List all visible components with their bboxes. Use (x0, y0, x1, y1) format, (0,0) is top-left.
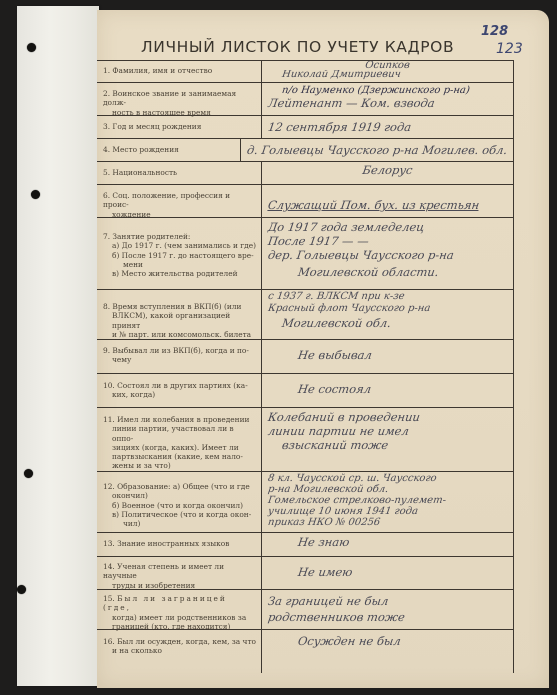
answer-cell: Не выбывал (262, 340, 513, 373)
question-cell: 14. Ученая степень и имеет ли научные тр… (97, 557, 262, 589)
question-text: Национальность (112, 168, 177, 177)
question-text: Знание иностранных языков (117, 539, 229, 548)
question-cell: 15. Был ли заграницей (где, когда) имеет… (97, 590, 262, 629)
question-cell: 2. Воинское звание и занимаемая долж- но… (97, 83, 262, 115)
answer-text: 8 кл. Чаусской ср. ш. Чаусского (267, 473, 508, 484)
question-text: труды и изобретения (103, 581, 257, 590)
answer-text: взысканий тоже (267, 438, 508, 452)
question-text: ких, когда) (103, 390, 257, 399)
binding-strip (17, 6, 99, 686)
answer-cell: Не состоял (262, 374, 513, 407)
answer-cell: п/о Науменко (Дзержинского р-на) Лейтена… (262, 83, 513, 115)
answer-text: дер. Голыевцы Чаусского р-на (267, 248, 508, 263)
question-text: Фамилия, имя и отчество (112, 66, 212, 75)
row-number: 9. (103, 346, 110, 355)
form-row-10: 10. Состоял ли в других партиях (ка- ких… (97, 374, 513, 408)
answer-text: д. Голыевцы Чаусского р-на Могилев. обл. (246, 144, 508, 157)
question-text: чему (103, 355, 257, 364)
question-text: когда) имеет ли родственников за (103, 613, 257, 622)
answer-cell: Белорус (262, 162, 513, 184)
form-row-6: 6. Соц. положение, профессия и проис- хо… (97, 185, 513, 218)
row-number: 3. (103, 122, 110, 131)
answer-cell: Не имею (262, 557, 513, 589)
answer-text: Красный флот Чаусского р-на (267, 303, 508, 315)
form-table: 1. Фамилия, имя и отчество Осипков Никол… (97, 60, 514, 673)
question-text: Образование: а) Общее (что и где (117, 482, 250, 491)
answer-text: Колебаний в проведении (267, 411, 508, 424)
answer-cell: 8 кл. Чаусской ср. ш. Чаусского р-на Мог… (262, 472, 513, 532)
form-row-9: 9. Выбывал ли из ВКП(б), когда и по- чем… (97, 340, 513, 374)
question-text: Был ли заграницей (где, (103, 594, 227, 612)
question-text: и № парт. или комсомольск. билета (103, 330, 257, 339)
form-row-13: 13. Знание иностранных языков Не знаю (97, 533, 513, 557)
row-number: 13. (103, 539, 115, 548)
question-cell: 4. Место рождения (97, 139, 241, 161)
question-text: б) После 1917 г. до настоящего вре- (103, 251, 257, 260)
question-cell: 9. Выбывал ли из ВКП(б), когда и по- чем… (97, 340, 262, 373)
answer-text: Осипков (267, 61, 507, 70)
form-row-14: 14. Ученая степень и имеет ли научные тр… (97, 557, 513, 590)
answer-cell: 12 сентября 1919 года (262, 116, 513, 138)
answer-text: Не имею (267, 566, 508, 579)
question-cell: 10. Состоял ли в других партиях (ка- ких… (97, 374, 262, 407)
answer-text: Лейтенант — Ком. взвода (267, 97, 508, 110)
form-row-15: 15. Был ли заграницей (где, когда) имеет… (97, 590, 513, 630)
answer-cell: Осужден не был (262, 630, 513, 673)
row-number: 16. (103, 637, 115, 646)
question-text: Воинское звание и занимаемая долж- (103, 89, 236, 107)
punch-hole (31, 190, 40, 199)
question-text: Соц. положение, профессия и проис- (103, 191, 230, 209)
answer-text: родственников тоже (267, 609, 508, 625)
question-text: чил) (103, 519, 257, 528)
answer-text: Белорус (267, 164, 508, 177)
question-text: окончил) (103, 491, 257, 500)
question-text: мени (103, 260, 257, 269)
question-text: жены и за что) (103, 461, 257, 470)
answer-text: Осужден не был (267, 635, 508, 648)
question-cell: 6. Соц. положение, профессия и проис- хо… (97, 185, 262, 217)
punch-hole (27, 43, 36, 52)
question-cell: 12. Образование: а) Общее (что и где око… (97, 472, 262, 532)
page-number: 123 (496, 41, 523, 57)
form-row-3: 3. Год и месяц рождения 12 сентября 1919… (97, 116, 513, 139)
punch-hole (24, 469, 33, 478)
question-text: линии партии, участвовал ли в оппо- (103, 424, 257, 443)
answer-text: Могилевской обл. (267, 315, 508, 331)
form-row-1: 1. Фамилия, имя и отчество Осипков Никол… (97, 61, 513, 83)
question-cell: 7. Занятие родителей: а) До 1917 г. (чем… (97, 218, 262, 289)
answer-text: линии партии не имел (267, 424, 508, 438)
question-text: Время вступления в ВКП(б) (или (112, 302, 241, 311)
page-number-crossed: 128 (481, 24, 508, 39)
row-number: 15. (103, 594, 115, 603)
row-number: 5. (103, 168, 110, 177)
question-text: в) Политическое (что и когда окон- (103, 510, 257, 519)
answer-text: училище 10 июня 1941 года (267, 506, 508, 517)
answer-text: 12 сентября 1919 года (267, 121, 508, 134)
question-text: Состоял ли в других партиях (ка- (117, 381, 248, 390)
form-row-4: 4. Место рождения д. Голыевцы Чаусского … (97, 139, 513, 162)
answer-text: Не состоял (267, 383, 508, 396)
answer-text: Николай Дмитриевич (267, 70, 507, 80)
answer-cell: Осипков Николай Дмитриевич (262, 61, 513, 82)
question-text: Год и месяц рождения (112, 122, 201, 131)
answer-text: п/о Науменко (Дзержинского р-на) (267, 85, 508, 97)
question-text: Место рождения (112, 145, 178, 154)
question-text: ВЛКСМ), какой организацией принят (103, 311, 257, 330)
answer-text: После 1917 — — (267, 234, 508, 248)
row-number: 8. (103, 302, 110, 311)
question-text: Занятие родителей: (112, 232, 190, 241)
question-text: в) Место жительства родителей (103, 269, 257, 278)
question-cell: 8. Время вступления в ВКП(б) (или ВЛКСМ)… (97, 290, 262, 339)
row-number: 11. (103, 415, 115, 424)
form-row-2: 2. Воинское звание и занимаемая долж- но… (97, 83, 513, 116)
question-text: Выбывал ли из ВКП(б), когда и по- (112, 346, 248, 355)
answer-text: Гомельское стрелково-пулемет- (267, 495, 508, 506)
answer-text: Не выбывал (267, 349, 508, 362)
question-text: Ученая степень и имеет ли научные (103, 562, 224, 580)
row-number: 2. (103, 89, 110, 98)
answer-text: Служащий Пом. бух. из крестьян (267, 199, 508, 212)
answer-cell: Колебаний в проведении линии партии не и… (262, 408, 513, 471)
document-title: ЛИЧНЫЙ ЛИСТОК ПО УЧЕТУ КАДРОВ (141, 38, 481, 56)
question-cell: 11. Имел ли колебания в проведении линии… (97, 408, 262, 471)
form-row-8: 8. Время вступления в ВКП(б) (или ВЛКСМ)… (97, 290, 513, 340)
form-row-16: 16. Был ли осужден, когда, кем, за что и… (97, 630, 513, 673)
row-number: 1. (103, 66, 110, 75)
form-row-7: 7. Занятие родителей: а) До 1917 г. (чем… (97, 218, 513, 290)
question-cell: 3. Год и месяц рождения (97, 116, 262, 138)
answer-text: За границей не был (267, 593, 508, 609)
answer-text: Могилевской области. (267, 263, 509, 281)
question-cell: 13. Знание иностранных языков (97, 533, 262, 556)
punch-hole (17, 585, 26, 594)
answer-text: р-на Могилевской обл. (267, 484, 508, 495)
question-text: Был ли осужден, когда, кем, за что (117, 637, 256, 646)
answer-text: Не знаю (267, 536, 508, 549)
row-number: 6. (103, 191, 110, 200)
row-number: 4. (103, 145, 110, 154)
form-row-11: 11. Имел ли колебания в проведении линии… (97, 408, 513, 472)
question-cell: 5. Национальность (97, 162, 262, 184)
row-number: 12. (103, 482, 115, 491)
form-row-12: 12. Образование: а) Общее (что и где око… (97, 472, 513, 533)
row-number: 14. (103, 562, 115, 571)
answer-text: приказ НКО № 00256 (267, 517, 508, 528)
answer-cell: д. Голыевцы Чаусского р-на Могилев. обл. (241, 139, 513, 161)
question-cell: 16. Был ли осужден, когда, кем, за что и… (97, 630, 262, 673)
row-number: 10. (103, 381, 115, 390)
personnel-record-sheet: ЛИЧНЫЙ ЛИСТОК ПО УЧЕТУ КАДРОВ 128 123 1.… (97, 10, 549, 688)
question-cell: 1. Фамилия, имя и отчество (97, 61, 262, 82)
question-text: партвзыскания (какие, кем нало- (103, 452, 257, 461)
question-text: б) Военное (что и когда окончил) (103, 501, 257, 510)
answer-text: с 1937 г. ВЛКСМ при к-зе (267, 291, 508, 303)
question-text: Имел ли колебания в проведении (117, 415, 249, 424)
answer-cell: Не знаю (262, 533, 513, 556)
question-text: и на сколько (103, 646, 257, 655)
question-text: зициях (когда, каких). Имеет ли (103, 443, 257, 452)
row-number: 7. (103, 232, 110, 241)
answer-cell: За границей не был родственников тоже (262, 590, 513, 629)
answer-cell: Служащий Пом. бух. из крестьян (262, 185, 513, 217)
answer-cell: с 1937 г. ВЛКСМ при к-зе Красный флот Ча… (262, 290, 513, 339)
question-text: а) До 1917 г. (чем занимались и где) (103, 241, 257, 250)
form-row-5: 5. Национальность Белорус (97, 162, 513, 185)
answer-cell: До 1917 года земледелец После 1917 — — д… (262, 218, 513, 289)
answer-text: До 1917 года земледелец (267, 220, 508, 234)
